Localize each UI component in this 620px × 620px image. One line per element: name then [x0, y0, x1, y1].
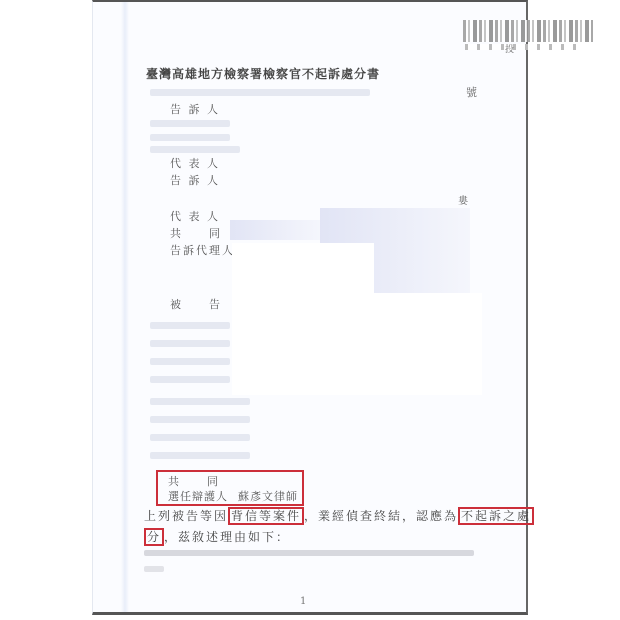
party-role: 共 同 — [170, 225, 222, 241]
redacted-line — [150, 376, 230, 383]
side-mark: 婁 — [458, 192, 468, 207]
highlight-disposition-end: 分 — [144, 528, 164, 546]
party-role: 被 告 — [170, 296, 222, 312]
party-role: 代 表 人 — [170, 155, 220, 171]
redaction-box — [232, 293, 482, 395]
body-line-2: 分，茲敘述理由如下： — [144, 528, 290, 545]
redacted-line — [150, 89, 370, 96]
blurred-line — [144, 550, 474, 556]
barcode-suffix: 投 — [505, 42, 514, 55]
party-role: 代 表 人 — [170, 208, 220, 224]
party-role: 告訴代理人 — [170, 242, 235, 258]
highlight-charge: 背信等案件 — [228, 507, 304, 525]
redacted-line — [150, 146, 240, 153]
case-number-suffix: 號 — [466, 84, 477, 100]
body-prefix: 上列被告等因 — [144, 509, 228, 523]
highlight-disposition: 不起訴之處 — [458, 507, 534, 525]
document-title: 臺灣高雄地方檢察署檢察官不起訴處分書 — [146, 65, 380, 82]
redacted-line — [150, 398, 250, 405]
body-line-1: 上列被告等因背信等案件，業經偵查終結，認應為不起訴之處 — [144, 507, 534, 524]
redacted-line — [150, 358, 230, 365]
redacted-line — [150, 416, 250, 423]
body-middle: ，業經偵查終結，認應為 — [304, 509, 458, 523]
party-role: 告 訴 人 — [170, 172, 220, 188]
barcode — [463, 20, 593, 42]
redacted-line — [150, 322, 230, 329]
redacted-line — [150, 120, 230, 127]
redacted-line — [150, 434, 250, 441]
barcode-digits — [465, 44, 585, 50]
redacted-line — [150, 340, 230, 347]
redacted-line — [150, 452, 250, 459]
party-role: 告 訴 人 — [170, 101, 220, 117]
shaded-area — [230, 220, 320, 240]
body-line-2-rest: ，茲敘述理由如下： — [164, 530, 290, 544]
defense-role: 選任辯護人 — [168, 488, 228, 504]
redacted-line — [150, 134, 230, 141]
defense-counsel: 蘇彥文律師 — [238, 488, 298, 504]
co-role: 共 同 — [168, 473, 220, 489]
blurred-line — [144, 566, 164, 572]
page-number: 1 — [300, 596, 306, 607]
